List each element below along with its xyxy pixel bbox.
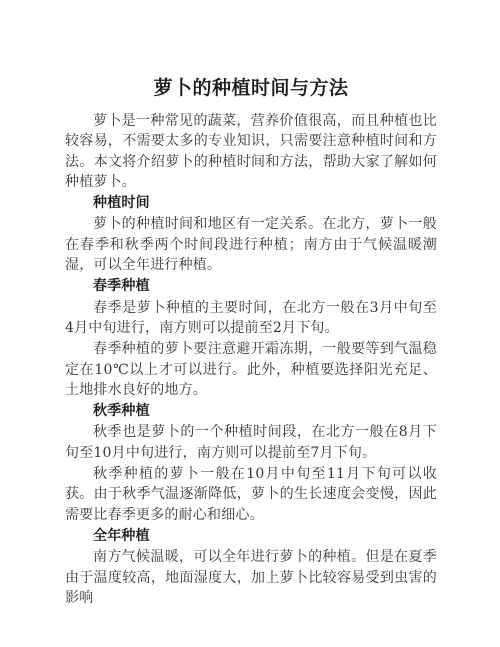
- intro-paragraph: 萝卜是一种常见的蔬菜，营养价值很高，而且种植也比较容易，不需要太多的专业知识，只…: [65, 111, 437, 192]
- paragraph-spring-planting-1: 春季是萝卜种植的主要时间，在北方一般在3月中旬至4月中旬进行，南方则可以提前至2…: [65, 298, 437, 339]
- heading-planting-time: 种植时间: [65, 193, 437, 213]
- paragraph-autumn-planting-1: 秋季也是萝卜的一个种植时间段，在北方一般在8月下旬至10月中旬进行，南方则可以提…: [65, 422, 437, 463]
- heading-year-round-planting: 全年种植: [65, 526, 437, 546]
- heading-spring-planting: 春季种植: [65, 276, 437, 296]
- document-title: 萝卜的种植时间与方法: [65, 76, 437, 101]
- article-page: 萝卜的种植时间与方法 萝卜是一种常见的蔬菜，营养价值很高，而且种植也比较容易，不…: [0, 0, 500, 647]
- paragraph-autumn-planting-2: 秋季种植的萝卜一般在10月中旬至11月下旬可以收获。由于秋季气温逐渐降低，萝卜的…: [65, 464, 437, 525]
- paragraph-planting-time-1: 萝卜的种植时间和地区有一定关系。在北方，萝卜一般在春季和秋季两个时间段进行种植；…: [65, 214, 437, 275]
- paragraph-year-round-planting-1: 南方气候温暖，可以全年进行萝卜的种植。但是在夏季由于温度较高，地面湿度大，加上萝…: [65, 547, 437, 608]
- heading-autumn-planting: 秋季种植: [65, 401, 437, 421]
- paragraph-spring-planting-2: 春季种植的萝卜要注意避开霜冻期，一般要等到气温稳定在10℃以上才可以进行。此外，…: [65, 339, 437, 400]
